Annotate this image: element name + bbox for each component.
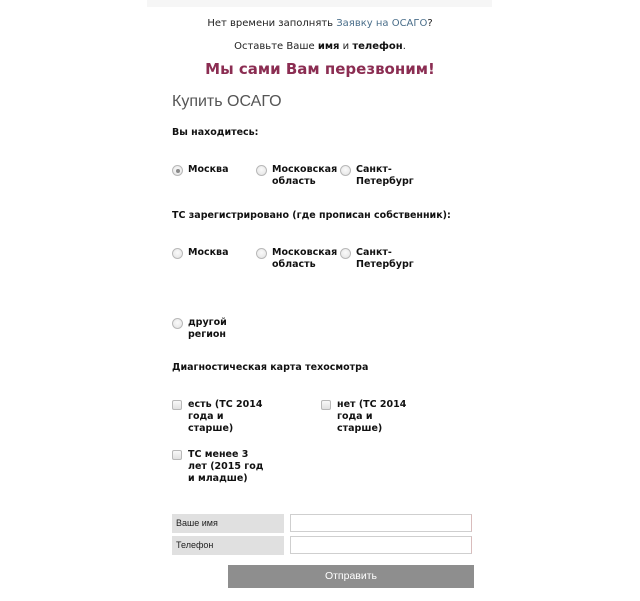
checkbox-icon[interactable] [321, 400, 331, 410]
option-label: Санкт- Петербург [356, 247, 414, 271]
option-label: Москва [188, 164, 228, 176]
location-label: Вы находитесь: [172, 127, 258, 138]
diagnostic-option-no[interactable]: нет (ТС 2014 года и старше) [321, 399, 406, 435]
registration-label: ТС зарегистрировано (где прописан собств… [172, 210, 451, 221]
callback-headline: Мы сами Вам перезвоним! [150, 60, 490, 78]
radio-icon[interactable] [340, 248, 351, 259]
registration-option-spb[interactable]: Санкт- Петербург [340, 247, 414, 271]
promo-bold-name: имя [318, 41, 340, 52]
promo-text: и [339, 41, 352, 52]
promo-line-2: Оставьте Ваше имя и телефон. [150, 41, 490, 52]
name-input[interactable] [290, 514, 472, 532]
phone-field-label: Телефон [172, 536, 284, 555]
option-label: есть (ТС 2014 года и старше) [188, 399, 262, 435]
option-label: нет (ТС 2014 года и старше) [337, 399, 406, 435]
registration-option-moscow[interactable]: Москва [172, 247, 228, 259]
promo-text: Оставьте Ваше [234, 41, 318, 52]
promo-line-1: Нет времени заполнять Заявку на ОСАГО? [150, 18, 490, 29]
option-label: другой регион [188, 317, 227, 341]
osago-application-link[interactable]: Заявку на ОСАГО [336, 18, 427, 29]
option-label: Москва [188, 247, 228, 259]
diagnostic-label: Диагностическая карта техосмотра [172, 362, 368, 373]
option-label: Московская область [272, 247, 337, 271]
promo-bold-phone: телефон [352, 41, 402, 52]
radio-icon[interactable] [172, 165, 183, 176]
promo-text: . [403, 41, 406, 52]
radio-icon[interactable] [172, 248, 183, 259]
radio-icon[interactable] [172, 318, 183, 329]
diagnostic-option-yes[interactable]: есть (ТС 2014 года и старше) [172, 399, 262, 435]
name-field-label: Ваше имя [172, 514, 284, 533]
promo-text: Нет времени заполнять [207, 18, 336, 29]
checkbox-icon[interactable] [172, 450, 182, 460]
phone-input[interactable] [290, 536, 472, 554]
registration-option-moscow-region[interactable]: Московская область [256, 247, 337, 271]
location-option-moscow-region[interactable]: Московская область [256, 164, 337, 188]
option-label: Санкт- Петербург [356, 164, 414, 188]
submit-button[interactable]: Отправить [228, 565, 474, 588]
checkbox-icon[interactable] [172, 400, 182, 410]
top-strip [147, 0, 492, 7]
option-label: ТС менее 3 лет (2015 год и младше) [188, 449, 263, 485]
location-option-moscow[interactable]: Москва [172, 164, 228, 176]
radio-icon[interactable] [256, 248, 267, 259]
form-title: Купить ОСАГО [172, 93, 282, 111]
location-option-spb[interactable]: Санкт- Петербург [340, 164, 414, 188]
promo-text: ? [427, 18, 432, 29]
radio-icon[interactable] [340, 165, 351, 176]
diagnostic-option-under-3-years[interactable]: ТС менее 3 лет (2015 год и младше) [172, 449, 263, 485]
registration-option-other-region[interactable]: другой регион [172, 317, 227, 341]
option-label: Московская область [272, 164, 337, 188]
radio-icon[interactable] [256, 165, 267, 176]
